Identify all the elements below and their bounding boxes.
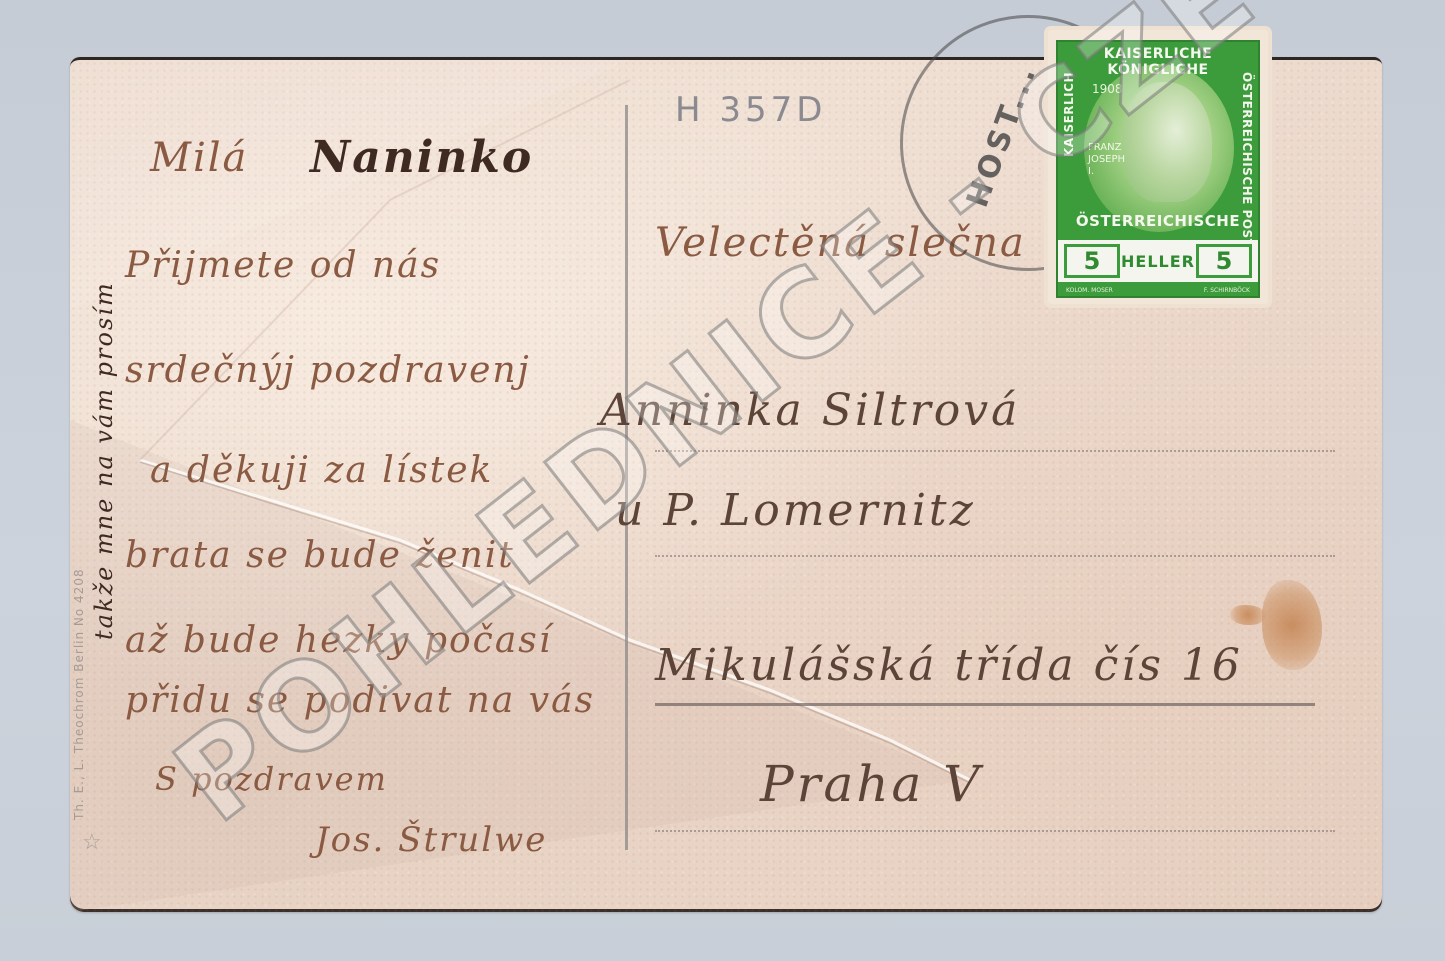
star-icon: ☆ — [82, 830, 102, 855]
margin-note: takže mne na vám prosím — [90, 281, 118, 640]
stain-spot-small — [1230, 605, 1266, 625]
address-name: Anninka Siltrová — [600, 385, 1020, 436]
message-line-6: přidu se podivat na vás — [125, 680, 595, 721]
message-line-4: brata se bude ženit — [125, 535, 515, 576]
printer-imprint: Th. E., L. Theochrom Berlin No 4208 — [72, 568, 86, 820]
address-city: Praha V — [760, 755, 982, 813]
stamp-designer-right: F. SCHIRNBÖCK — [1204, 287, 1250, 294]
stamp-year: 1908 — [1092, 82, 1123, 96]
stamp-inscription-line-2: JOSEPH — [1088, 154, 1125, 166]
stamp-inscription-line-3: I. — [1088, 166, 1125, 178]
stamp-inscription: FRANZ JOSEPH I. — [1088, 142, 1125, 178]
stamp-designer-left: KOLOM. MOSER — [1066, 287, 1113, 294]
stamp-portrait-emperor — [1122, 82, 1212, 202]
message-line-3: a děkuji za lístek — [150, 450, 493, 491]
message-signature: Jos. Štrulwe — [315, 820, 547, 860]
stamp-designers: KOLOM. MOSER F. SCHIRNBÖCK — [1058, 287, 1258, 294]
message-salutation-mila: Milá — [150, 135, 248, 181]
stamp-inscription-line-1: FRANZ — [1088, 142, 1125, 154]
address-care-of: u P. Lomernitz — [615, 485, 976, 536]
message-closing: S pozdravem — [155, 760, 388, 798]
pencil-inventory-note: H 357D — [675, 90, 826, 130]
message-line-1: Přijmete od nás — [125, 245, 441, 286]
stamp-left-text: KAISERLICH — [1062, 72, 1076, 157]
stamp-denomination: HELLER — [1121, 252, 1195, 271]
stamp-bottom-text: ÖSTERREICHISCHE — [1058, 212, 1258, 230]
address-street: Mikulášská třída čís 16 — [655, 640, 1243, 691]
address-line-2 — [655, 555, 1335, 557]
stamp-value-right: 5 — [1196, 244, 1252, 278]
address-line-3-underline — [655, 703, 1315, 706]
stamp-top-text: KAISERLICHE KÖNIGLICHE — [1058, 46, 1258, 78]
stamp-value-bar: 5 HELLER 5 — [1058, 240, 1258, 282]
message-salutation-name: Naninko — [310, 132, 533, 183]
address-line-4 — [655, 830, 1335, 832]
stain-spot — [1262, 580, 1322, 670]
stamp-value-left: 5 — [1064, 244, 1120, 278]
address-line-1 — [655, 450, 1335, 452]
message-line-5: až bude hezky počasí — [125, 620, 552, 661]
postage-stamp: KAISERLICHE KÖNIGLICHE KAISERLICH ÖSTERR… — [1056, 40, 1260, 298]
card-divider-line — [625, 105, 628, 850]
message-line-2: srdečnýj pozdravenj — [125, 350, 531, 391]
